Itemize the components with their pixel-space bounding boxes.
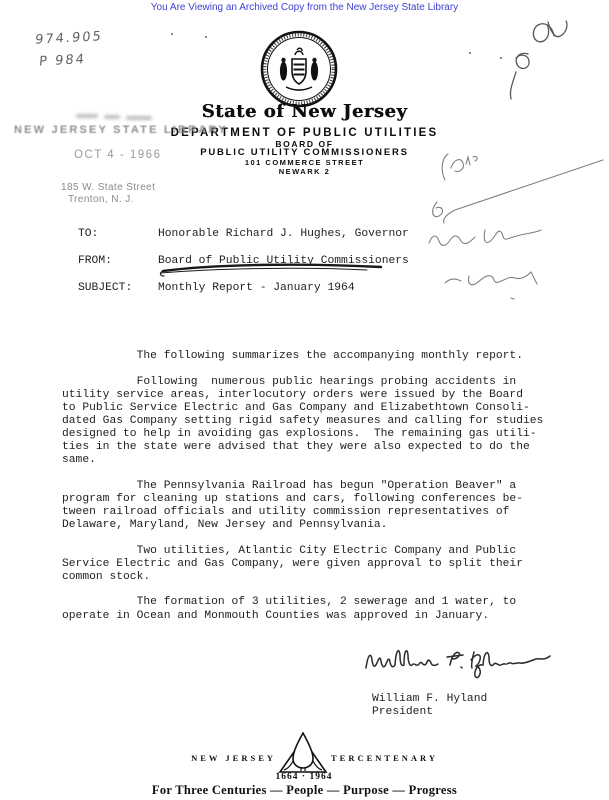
signed-title: President [372,706,433,718]
state-name: State of New Jersey [0,101,609,122]
scan-speck [500,57,502,59]
subject-label: SUBJECT: [78,282,158,295]
signed-name: William F. Hyland [372,693,487,705]
subject-row: SUBJECT: Monthly Report - January 1964 [78,282,409,295]
to-value: Honorable Richard J. Hughes, Governor [158,228,409,241]
from-label: FROM: [78,255,158,268]
stamp-smudge [104,115,120,119]
call-number-line1: 974.905 [34,26,104,52]
letter-paragraph: The following summarizes the accompanyin… [62,350,562,363]
to-label: TO: [78,228,158,241]
library-address-line2: Trenton, N. J. [68,194,134,205]
library-address-line1: 185 W. State Street [61,182,155,193]
to-row: TO: Honorable Richard J. Hughes, Governo… [78,228,409,241]
letter-paragraph: Two utilities, Atlantic City Electric Co… [62,545,562,584]
call-number-line2: P 984 [32,48,102,74]
footer-right-text: TERCENTENARY [331,753,438,763]
stamp-smudge [126,116,152,120]
scan-speck [469,52,471,54]
footer-motto: For Three Centuries — People — Purpose —… [0,783,609,798]
underline-flourish-icon [155,262,387,278]
nj-great-seal-icon [259,29,339,109]
pen-scribble-icon [482,8,592,103]
letter-body: The following summarizes the accompanyin… [62,350,562,635]
scanned-letter-page: You Are Viewing an Archived Copy from th… [0,0,609,800]
footer-left-text: NEW JERSEY [160,753,276,763]
library-date-stamp: OCT 4 - 1966 [74,149,161,161]
tercentenary-emblem-icon [277,732,329,776]
call-number-note: 974.905 P 984 [32,26,104,74]
letter-paragraph: Following numerous public hearings probi… [62,376,562,468]
scan-speck [171,33,173,35]
scan-speck [205,36,207,38]
footer-years: 1664 · 1964 [266,772,342,782]
subject-value: Monthly Report - January 1964 [158,282,355,295]
signature-script-icon [362,640,562,688]
stamp-smudge [76,114,98,118]
letter-paragraph: The formation of 3 utilities, 2 sewerage… [62,596,562,622]
pencil-margin-note-icon [425,148,609,313]
library-stamp-name: NEW JERSEY STATE LIBRARY [14,124,244,136]
letter-paragraph: The Pennsylvania Railroad has begun "Ope… [62,480,562,532]
